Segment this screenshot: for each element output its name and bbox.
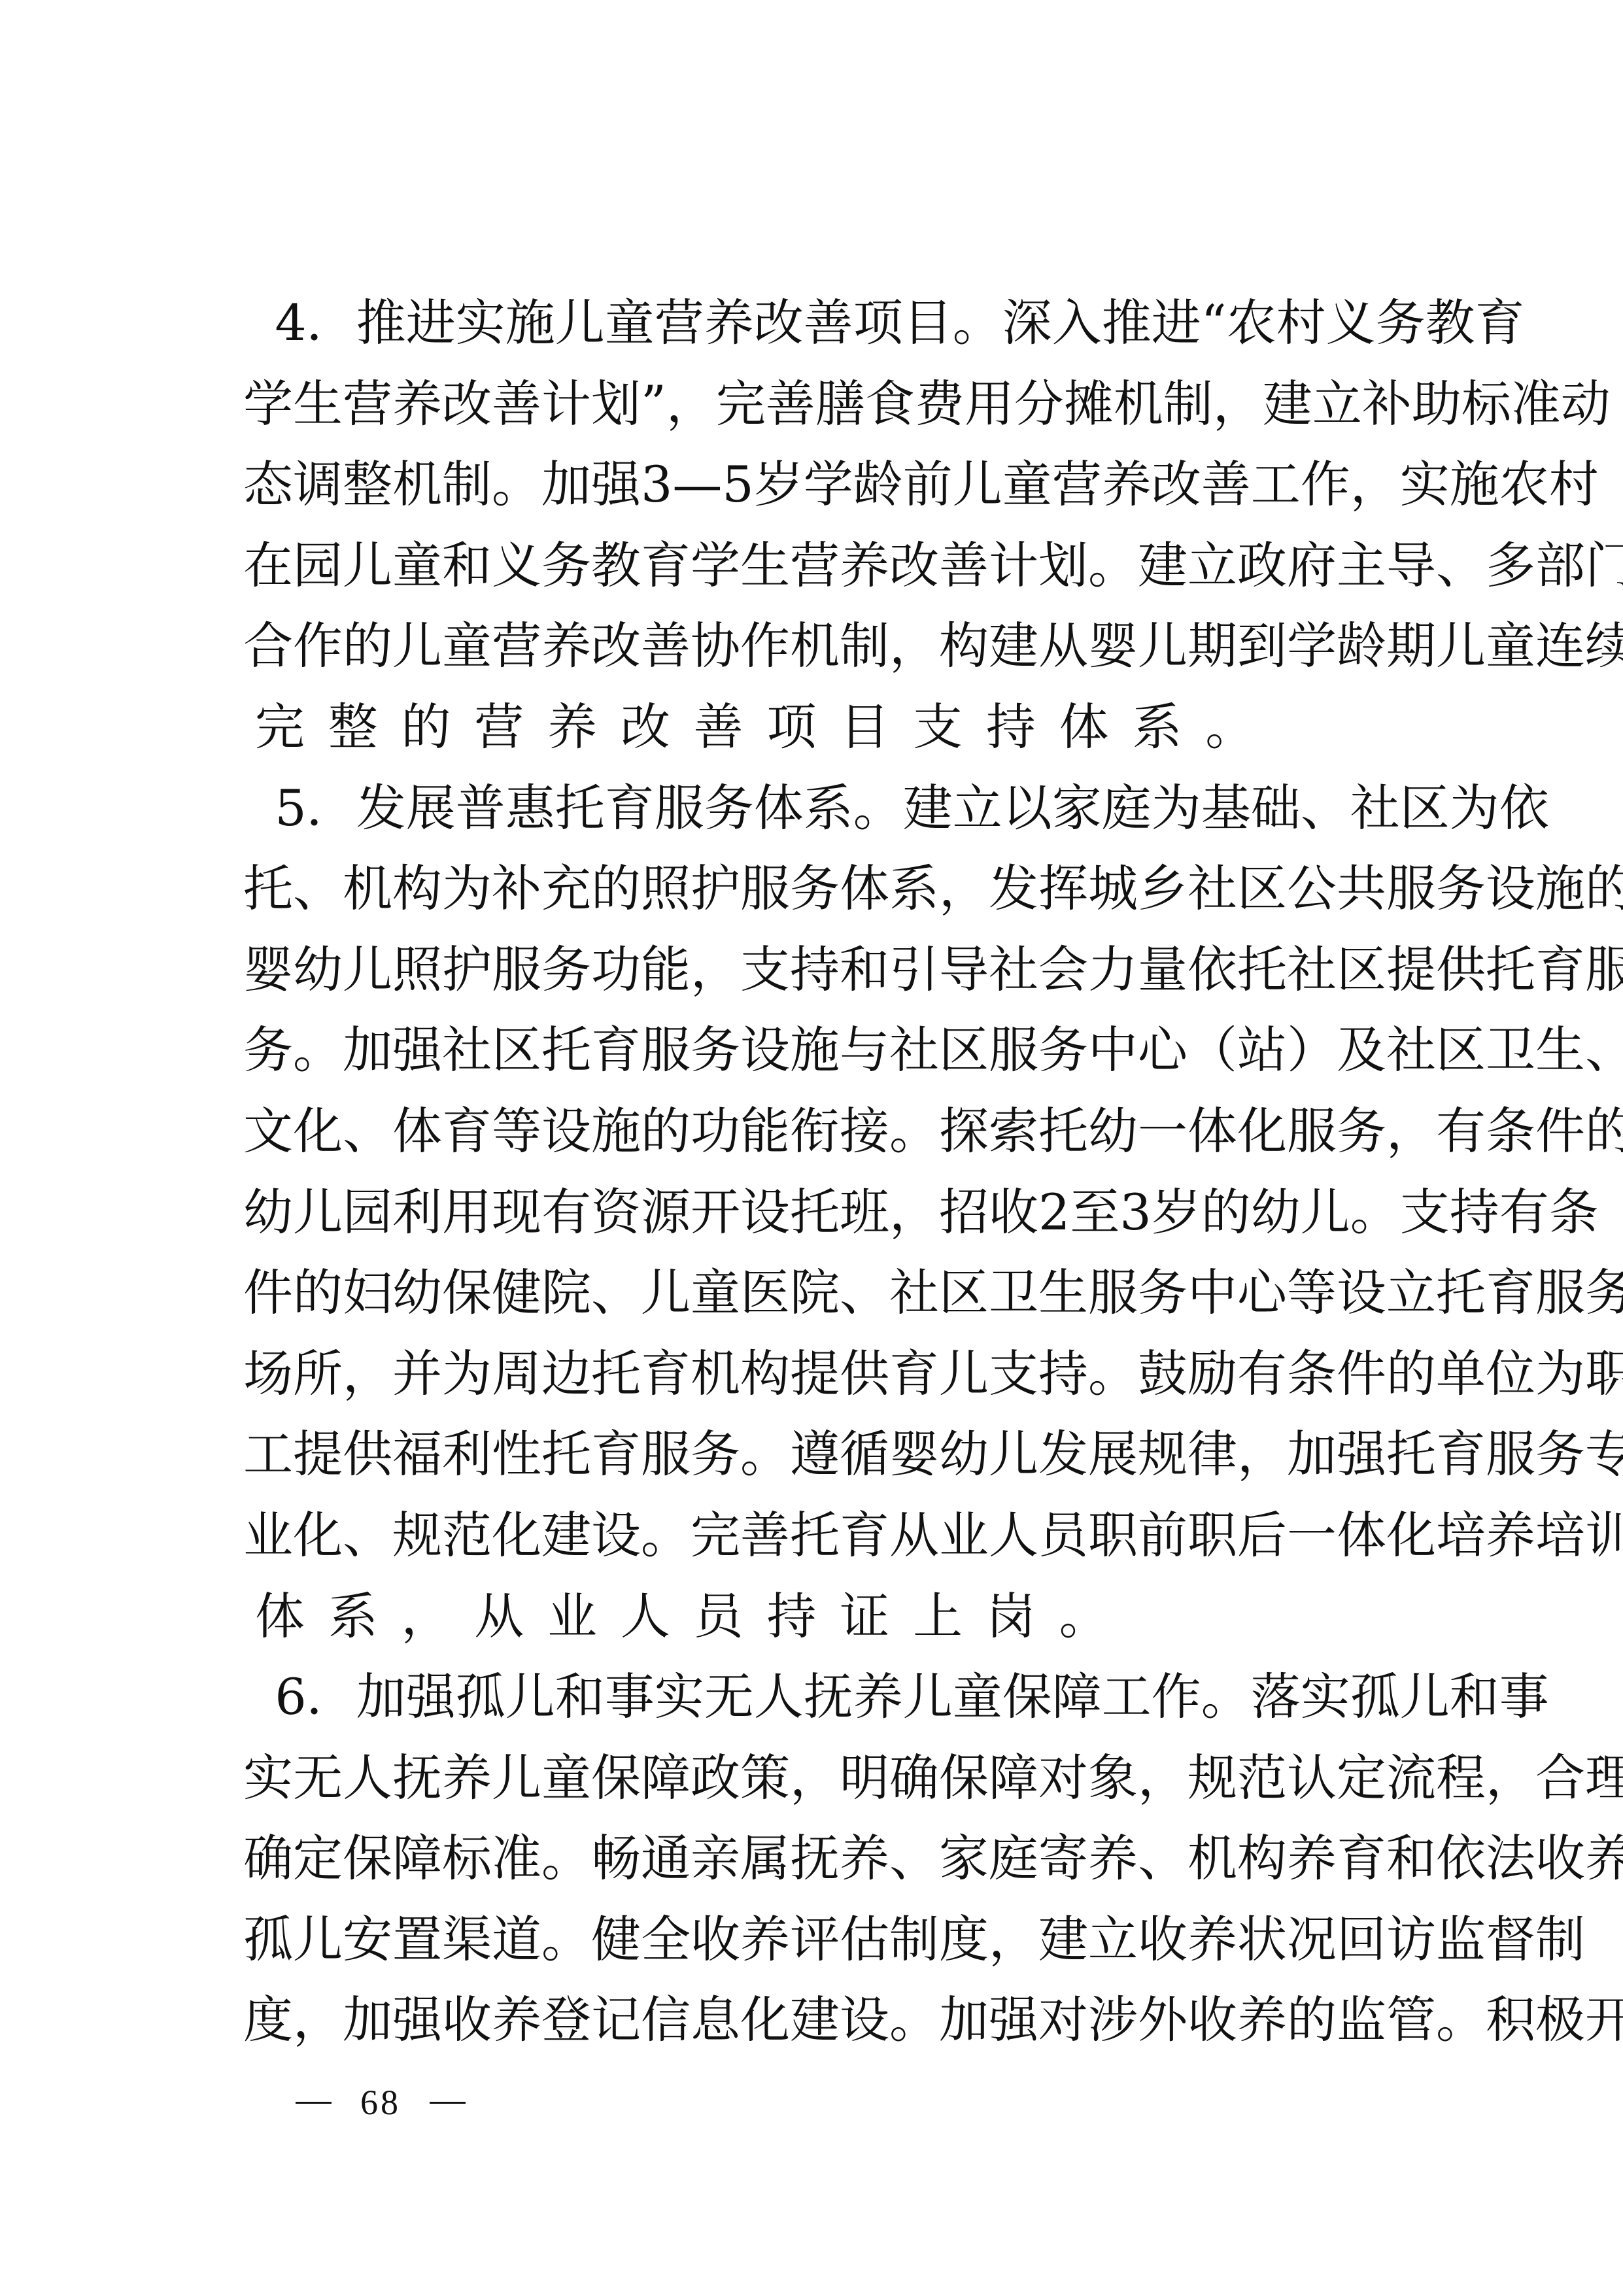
text-line: 4．推进实施儿童营养改善项目。深入推进“农村义务教育: [243, 283, 1414, 364]
text-line: 5．发展普惠托育服务体系。建立以家庭为基础、社区为依: [243, 768, 1414, 849]
text-line: 实无人抚养儿童保障政策，明确保障对象，规范认定流程，合理: [243, 1738, 1414, 1819]
text-line: 场所，并为周边托育机构提供育儿支持。鼓励有条件的单位为职: [243, 1333, 1414, 1414]
paragraph-item-6: 6．加强孤儿和事实无人抚养儿童保障工作。落实孤儿和事实无人抚养儿童保障政策，明确…: [243, 1656, 1414, 2061]
text-line: 态调整机制。加强3—5岁学龄前儿童营养改善工作，实施农村: [243, 444, 1414, 525]
text-line: 文化、体育等设施的功能衔接。探索托幼一体化服务，有条件的: [243, 1091, 1414, 1172]
text-line: 务。加强社区托育服务设施与社区服务中心（站）及社区卫生、: [243, 1010, 1414, 1091]
text-line: 托、机构为补充的照护服务体系，发挥城乡社区公共服务设施的: [243, 848, 1414, 929]
body-text: 4．推进实施儿童营养改善项目。深入推进“农村义务教育学生营养改善计划”，完善膳食…: [243, 283, 1414, 2061]
text-line: 婴幼儿照护服务功能，支持和引导社会力量依托社区提供托育服: [243, 929, 1414, 1010]
text-line: 孤儿安置渠道。健全收养评估制度，建立收养状况回访监督制: [243, 1899, 1414, 1980]
footer-dash-right: [430, 2102, 466, 2104]
text-line: 确定保障标准。畅通亲属抚养、家庭寄养、机构养育和依法收养: [243, 1818, 1414, 1899]
text-line: 体系，从业人员持证上岗。: [243, 1576, 1414, 1657]
text-line: 合作的儿童营养改善协作机制，构建从婴儿期到学龄期儿童连续: [243, 606, 1414, 687]
text-line: 6．加强孤儿和事实无人抚养儿童保障工作。落实孤儿和事: [243, 1656, 1414, 1738]
document-page: 4．推进实施儿童营养改善项目。深入推进“农村义务教育学生营养改善计划”，完善膳食…: [0, 0, 1623, 2296]
text-line: 学生营养改善计划”，完善膳食费用分摊机制，建立补助标准动: [243, 364, 1414, 445]
paragraph-item-5: 5．发展普惠托育服务体系。建立以家庭为基础、社区为依托、机构为补充的照护服务体系…: [243, 768, 1414, 1657]
page-number: 68: [332, 2080, 430, 2125]
page-number-footer: 68: [296, 2080, 466, 2125]
text-line: 件的妇幼保健院、儿童医院、社区卫生服务中心等设立托育服务: [243, 1252, 1414, 1333]
paragraph-item-4: 4．推进实施儿童营养改善项目。深入推进“农村义务教育学生营养改善计划”，完善膳食…: [243, 283, 1414, 768]
text-line: 幼儿园利用现有资源开设托班，招收2至3岁的幼儿。支持有条: [243, 1172, 1414, 1253]
text-line: 业化、规范化建设。完善托育从业人员职前职后一体化培养培训: [243, 1495, 1414, 1576]
text-line: 在园儿童和义务教育学生营养改善计划。建立政府主导、多部门: [243, 525, 1414, 606]
text-line: 工提供福利性托育服务。遵循婴幼儿发展规律，加强托育服务专: [243, 1414, 1414, 1495]
text-line: 度，加强收养登记信息化建设。加强对涉外收养的监管。积极开: [243, 1979, 1414, 2061]
text-line: 完整的营养改善项目支持体系。: [243, 687, 1414, 768]
footer-dash-left: [296, 2102, 332, 2104]
